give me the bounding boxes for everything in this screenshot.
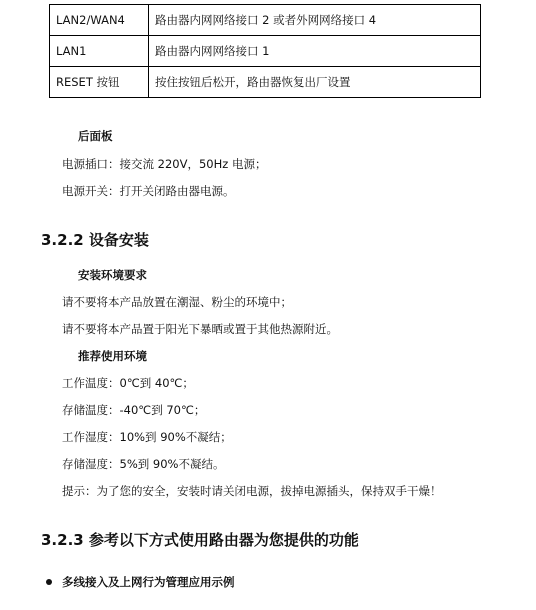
recommended-env-heading: 推荐使用环境: [78, 348, 147, 364]
power-switch-text: 电源开关：打开关闭路由器电源。: [62, 183, 235, 199]
port-description-cell: 路由器内网网络接口 1: [149, 36, 481, 67]
working-humidity-text: 工作湿度：10%到 90%不凝结；: [62, 429, 232, 445]
install-env-heading: 安装环境要求: [78, 267, 147, 283]
table-row: RESET 按钮 按住按钮后松开，路由器恢复出厂设置: [50, 67, 481, 98]
storage-temperature-text: 存储温度：-40℃到 70℃；: [62, 402, 205, 418]
install-env-line: 请不要将本产品置于阳光下暴晒或置于其他热源附近。: [62, 321, 338, 337]
table-row: LAN2/WAN4 路由器内网网络接口 2 或者外网网络接口 4: [50, 5, 481, 36]
working-temperature-text: 工作温度：0℃到 40℃；: [62, 375, 194, 391]
port-description-cell: 路由器内网网络接口 2 或者外网网络接口 4: [149, 5, 481, 36]
port-description-cell: 按住按钮后松开，路由器恢复出厂设置: [149, 67, 481, 98]
port-name-cell: LAN2/WAN4: [50, 5, 149, 36]
section-title-device-install: 3.2.2 设备安装: [41, 229, 149, 250]
port-name-cell: RESET 按钮: [50, 67, 149, 98]
table-row: LAN1 路由器内网网络接口 1: [50, 36, 481, 67]
bullet-icon: [46, 579, 52, 585]
ports-table: LAN2/WAN4 路由器内网网络接口 2 或者外网网络接口 4 LAN1 路由…: [49, 4, 481, 98]
install-env-line: 请不要将本产品放置在潮湿、粉尘的环境中；: [62, 294, 292, 310]
bullet-item-text: 多线接入及上网行为管理应用示例: [62, 575, 235, 589]
power-socket-text: 电源插口：接交流 220V，50Hz 电源；: [62, 156, 266, 172]
storage-humidity-text: 存储湿度：5%到 90%不凝结。: [62, 456, 224, 472]
port-name-cell: LAN1: [50, 36, 149, 67]
safety-tip-text: 提示：为了您的安全，安装时请关闭电源，拔掉电源插头，保持双手干燥！: [62, 483, 442, 499]
rear-panel-heading: 后面板: [78, 128, 113, 144]
bullet-list-item: 多线接入及上网行为管理应用示例: [46, 574, 235, 590]
section-title-router-functions: 3.2.3 参考以下方式使用路由器为您提供的功能: [41, 529, 359, 550]
